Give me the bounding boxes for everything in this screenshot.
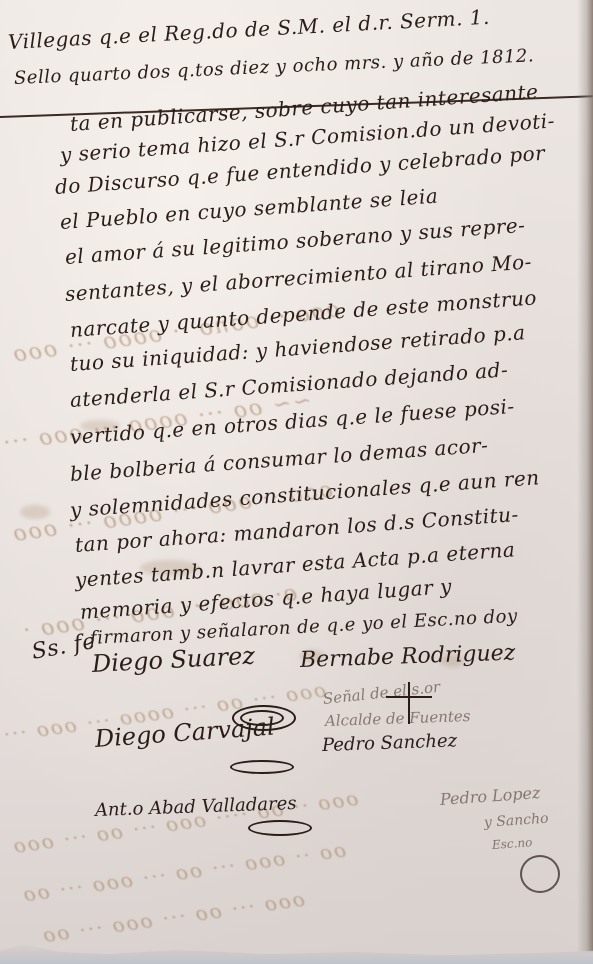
page-edge-shadow [577, 0, 593, 964]
signature-pedro-lopez: Pedro Lopez [439, 783, 541, 809]
signature-sancho: y Sancho [483, 811, 549, 831]
signature-escribano: Esc.no [492, 835, 533, 852]
signature-rubric [248, 820, 312, 836]
manuscript-page: ooo ·· oono ·· oooo ··· ooo ~~ oo ··· oo… [0, 0, 593, 964]
header-line-1: Villegas q.e el Reg.do de S.M. el d.r. S… [7, 5, 490, 54]
mark-of-label: Señal de el s.or [322, 678, 441, 708]
page-torn-edge [0, 942, 593, 964]
signature-pedro-sanchez: Pedro Sanchez [322, 730, 458, 756]
signature-rubric [230, 760, 294, 774]
signature-bernabe-rodriguez: Bernabe Rodriguez [300, 640, 516, 673]
header-line-2: Sello quarto dos q.tos diez y ocho mrs. … [14, 45, 535, 89]
mark-of-alcalde: Alcalde de Fuentes [325, 707, 471, 730]
signature-rubric [520, 855, 560, 893]
